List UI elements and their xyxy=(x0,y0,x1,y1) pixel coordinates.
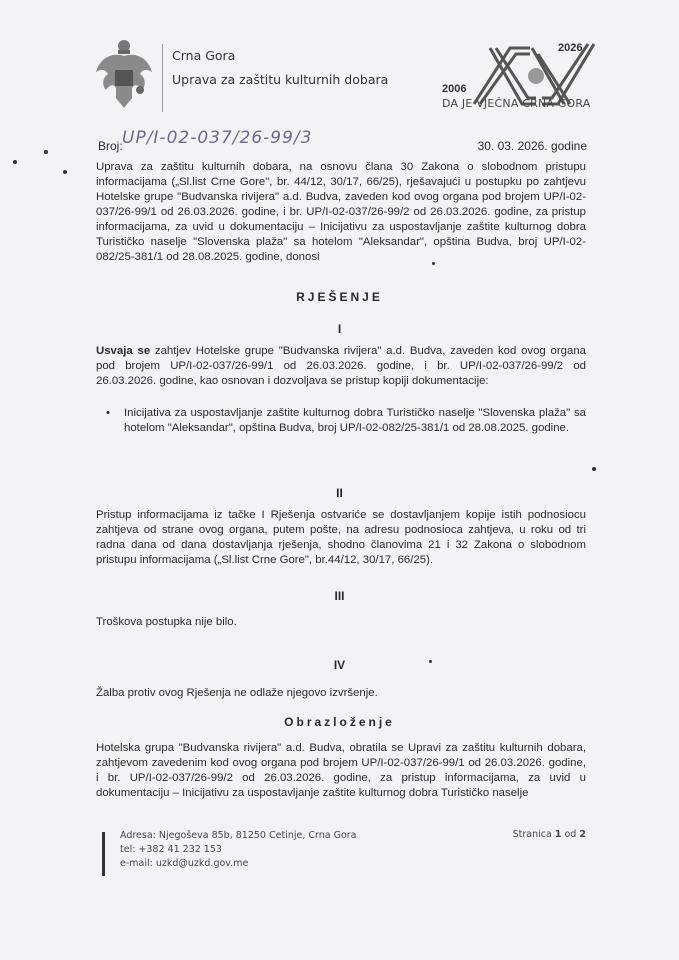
anniversary-year-end: 2026 xyxy=(558,42,582,54)
anniversary-year-start: 2006 xyxy=(442,83,466,95)
reasoning-title: Obrazloženje xyxy=(0,715,679,729)
page-indicator: Stranica 1 od 2 xyxy=(513,829,586,840)
bullet-icon: • xyxy=(106,406,124,436)
section-1-paragraph: Usvaja se zahtjev Hotelske grupe "Budvan… xyxy=(96,344,586,389)
footer-bar xyxy=(102,832,105,876)
page-of: od xyxy=(565,829,577,840)
country-name: Crna Gora xyxy=(172,44,388,68)
footer-email: e-mail: uzkd@uzkd.gov.me xyxy=(120,857,357,871)
intro-paragraph: Uprava za zaštitu kulturnih dobara, na o… xyxy=(96,160,586,265)
section-4-paragraph: Žalba protiv ovog Rješenja ne odlaže nje… xyxy=(96,686,586,701)
footer-contact: Adresa: Njegoševa 85b, 81250 Cetinje, Cr… xyxy=(120,829,357,871)
section-1-lead: Usvaja se xyxy=(96,345,150,357)
header-institution-block: Crna Gora Uprava za zaštitu kulturnih do… xyxy=(172,44,388,92)
anniversary-slogan: DA JE VJEČNA CRNA GORA xyxy=(442,97,591,110)
reasoning-paragraph: Hotelska grupa "Budvanska rivijera" a.d.… xyxy=(96,741,586,801)
scan-speck xyxy=(13,160,17,164)
section-2-paragraph: Pristup informacijama iz tačke I Rješenj… xyxy=(96,508,586,568)
section-numeral-1: I xyxy=(0,322,679,336)
document-page: Crna Gora Uprava za zaštitu kulturnih do… xyxy=(0,0,679,960)
section-numeral-3: III xyxy=(0,589,679,603)
scan-speck xyxy=(429,660,432,663)
reference-label: Broj: xyxy=(98,139,123,153)
scan-speck xyxy=(592,467,596,471)
handwritten-reference-number: UP/I-02-037/26-99/3 xyxy=(122,128,312,148)
section-numeral-2: II xyxy=(0,486,679,500)
section-1-bullet-item: • Inicijativa za uspostavljanje zaštite … xyxy=(106,406,586,436)
section-1-text: zahtjev Hotelske grupe "Budvanska rivije… xyxy=(96,345,586,387)
footer-phone: tel: +382 41 232 153 xyxy=(120,843,357,857)
coat-of-arms-icon xyxy=(94,38,154,112)
scan-speck xyxy=(63,170,67,174)
scan-speck xyxy=(432,262,435,265)
document-date: 30. 03. 2026. godine xyxy=(478,139,587,153)
scan-speck xyxy=(44,150,48,154)
page-total: 2 xyxy=(579,829,586,840)
header-divider xyxy=(162,44,163,112)
section-1-bullet-text: Inicijativa za uspostavljanje zaštite ku… xyxy=(124,406,586,436)
section-numeral-4: IV xyxy=(0,658,679,672)
page-label: Stranica xyxy=(513,829,552,840)
footer-address: Adresa: Njegoševa 85b, 81250 Cetinje, Cr… xyxy=(120,829,357,843)
decision-title: RJEŠENJE xyxy=(0,290,679,304)
page-current: 1 xyxy=(555,829,562,840)
section-3-paragraph: Troškova postupka nije bilo. xyxy=(96,615,586,630)
institution-name: Uprava za zaštitu kulturnih dobara xyxy=(172,68,388,92)
